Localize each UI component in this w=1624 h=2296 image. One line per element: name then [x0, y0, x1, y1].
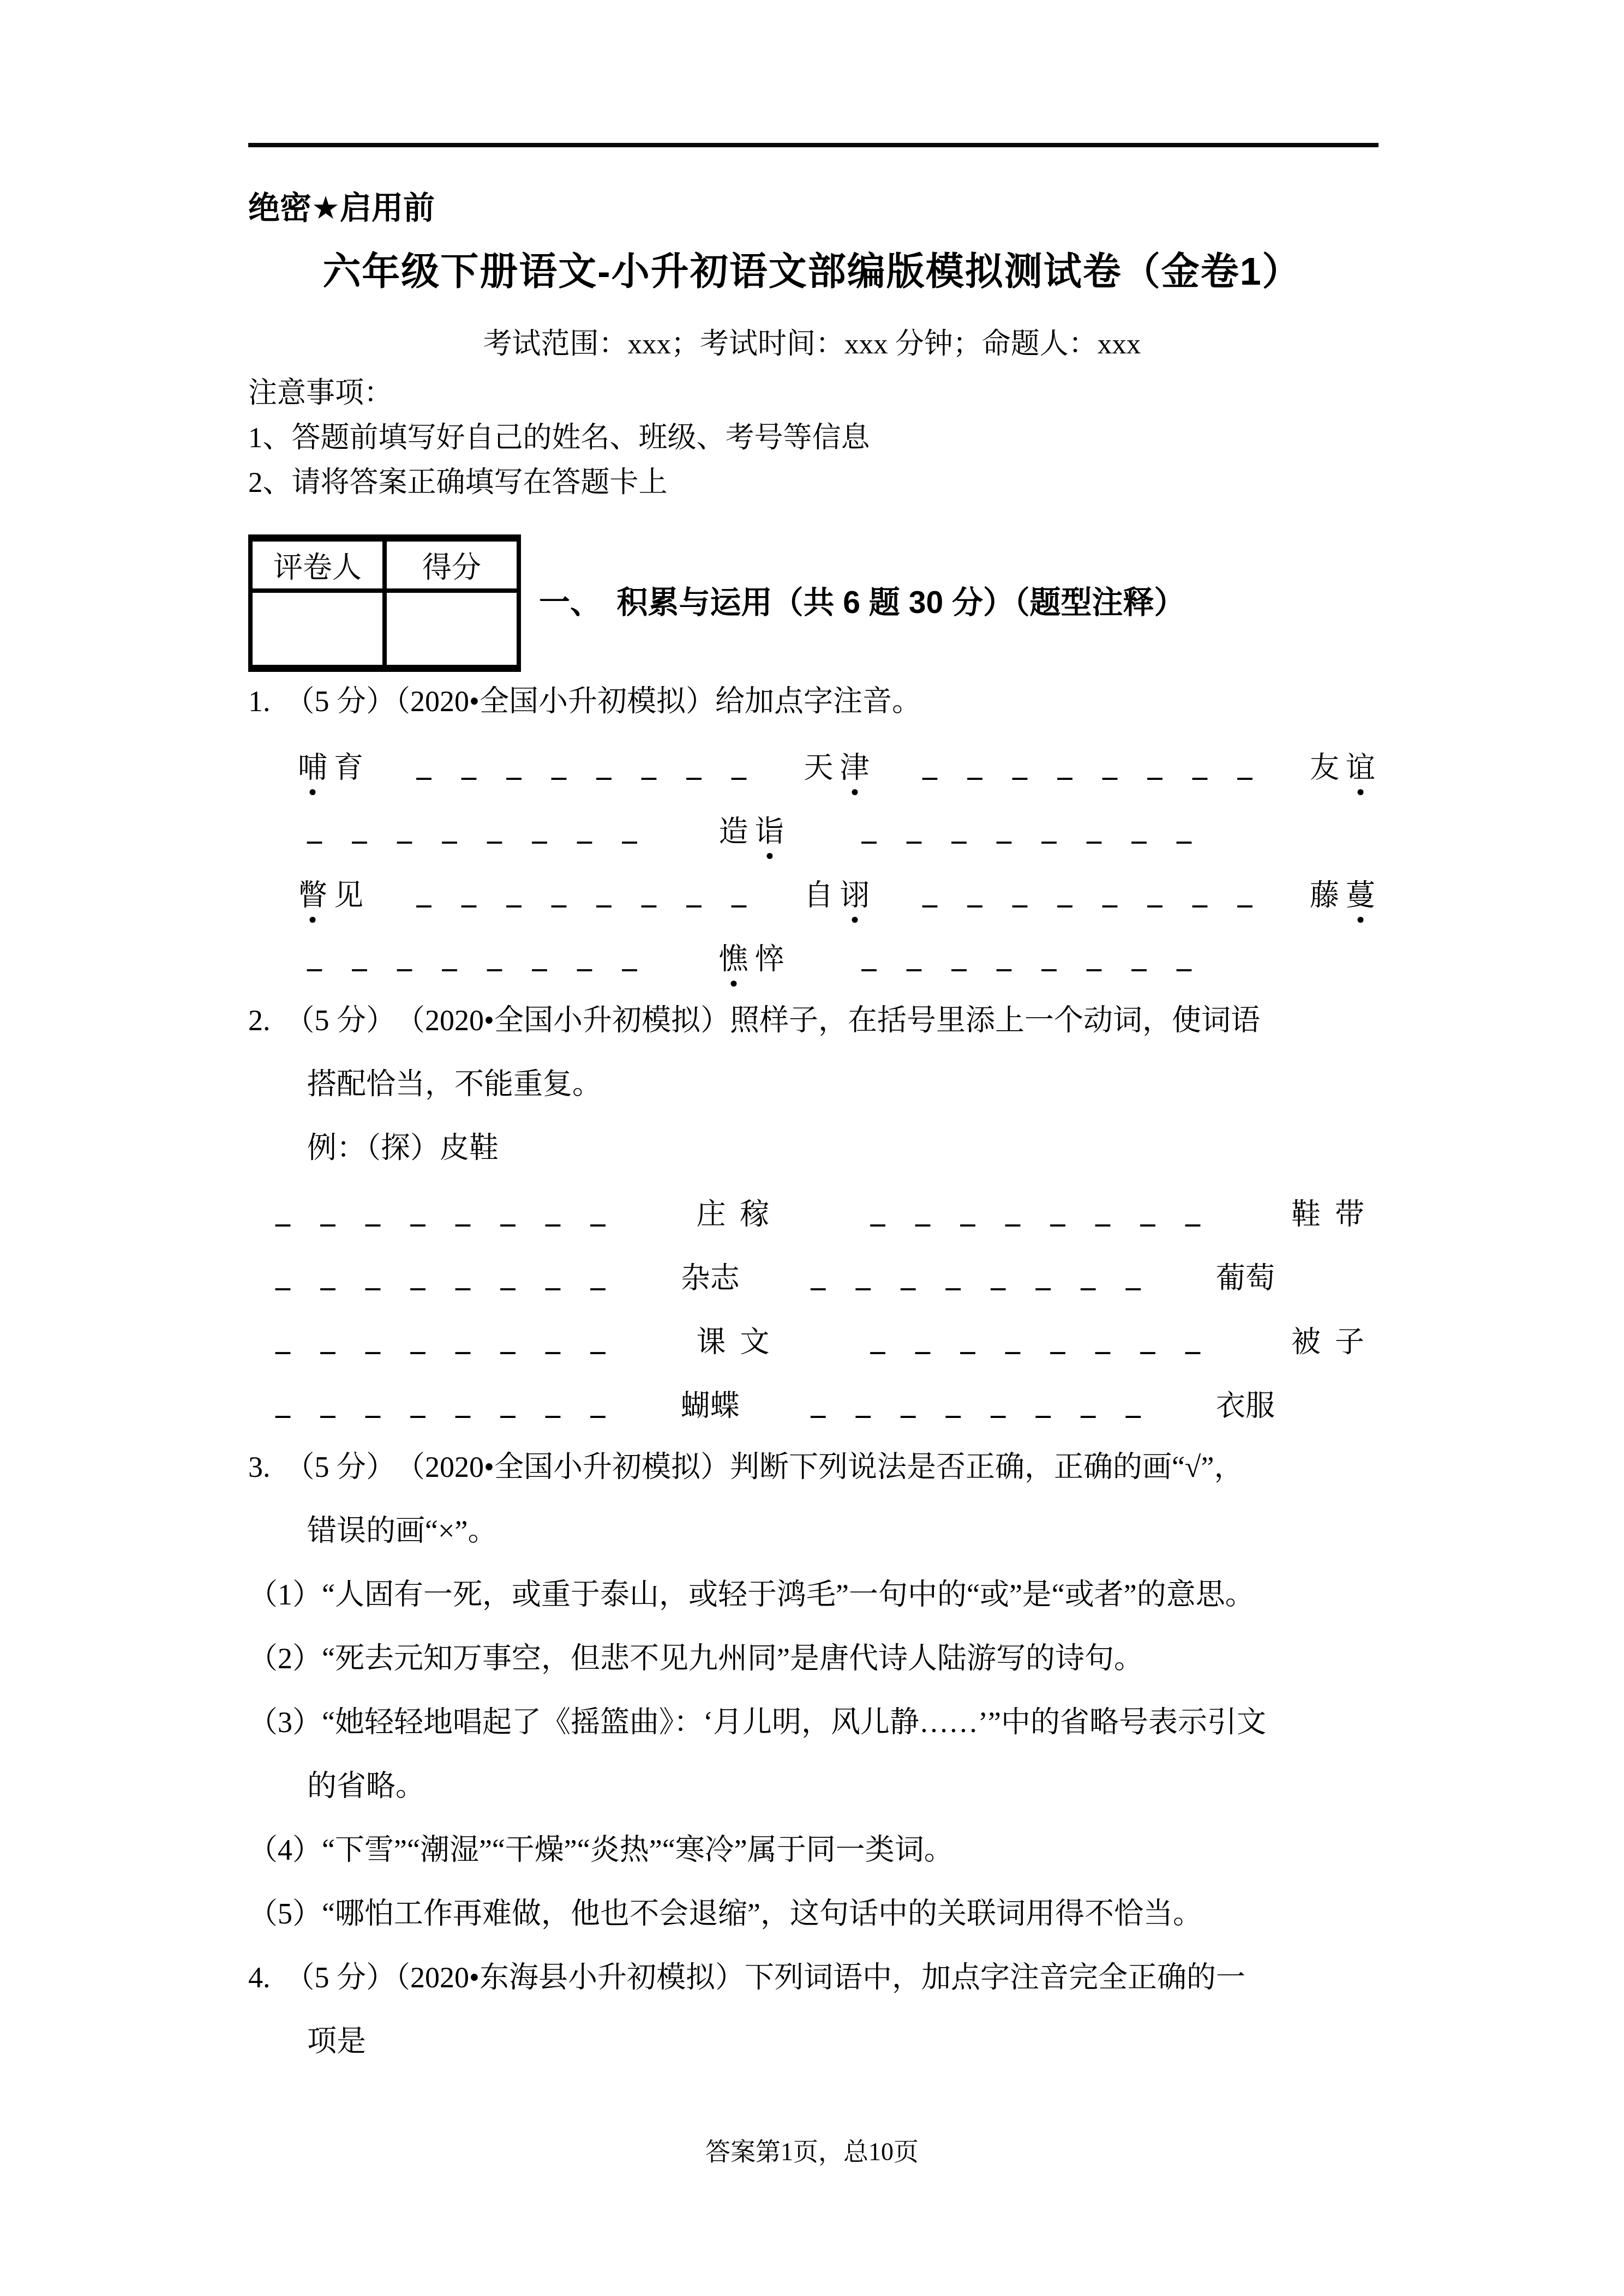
dotted-word: 造诣 [716, 808, 788, 850]
dotted-word: 哺育 [295, 744, 367, 786]
dotted-word: 憔悴 [716, 936, 788, 978]
answer-blank: _ _ _ _ _ _ _ _ [862, 813, 1196, 846]
q3-item-1: （1）“人固有一死，或重于泰山，或轻于鸿毛”一句中的“或”是“或者”的意思。 [248, 1563, 1379, 1627]
answer-blank: _ _ _ _ _ _ _ _ [275, 1323, 610, 1357]
q2-row-3: _ _ _ _ _ _ _ _ 课文 _ _ _ _ _ _ _ _ 被子 [248, 1308, 1379, 1372]
answer-blank: _ _ _ _ _ _ _ _ [862, 940, 1196, 974]
q4-stem-line2: 项是 [248, 2010, 1379, 2073]
score-table-body-row [250, 591, 519, 669]
notice-item-1: 1、答题前填写好自己的姓名、班级、考号等信息 [248, 416, 870, 460]
answer-blank: _ _ _ _ _ _ _ _ [307, 940, 642, 974]
q2-example: 例：（探）皮鞋 [248, 1116, 1379, 1180]
answer-blank: _ _ _ _ _ _ _ _ [811, 1387, 1145, 1421]
score-table-cell-score-empty [385, 591, 519, 669]
q2-row-2: _ _ _ _ _ _ _ _ 杂志 _ _ _ _ _ _ _ _ 葡萄 [248, 1244, 1275, 1308]
page-footer: 答案第1页，总10页 [0, 2137, 1624, 2167]
answer-blank: _ _ _ _ _ _ _ _ [275, 1387, 610, 1421]
vocab-word: 衣服 [1216, 1383, 1275, 1425]
score-table-header-grader: 评卷人 [250, 538, 385, 591]
secrecy-label: 绝密★启用前 [248, 191, 435, 226]
answer-blank: _ _ _ _ _ _ _ _ [307, 813, 642, 846]
score-table: 评卷人 得分 [248, 534, 521, 672]
exam-subtitle: 考试范围：xxx；考试时间：xxx 分钟；命题人：xxx [0, 328, 1624, 360]
answer-blank: _ _ _ _ _ _ _ _ [922, 876, 1257, 910]
vocab-word: 蝴蝶 [681, 1383, 740, 1425]
vocab-word: 课文 [697, 1319, 784, 1361]
q1-row-1: 哺育 _ _ _ _ _ _ _ _ 天津 _ _ _ _ _ _ _ _ 友谊 [248, 734, 1379, 797]
score-table-header-row: 评卷人 得分 [250, 538, 519, 591]
answer-blank: _ _ _ _ _ _ _ _ [871, 1195, 1205, 1229]
dotted-word: 自诩 [801, 872, 873, 914]
q4-stem-line1: 4. （5 分）（2020•东海县小升初模拟）下列词语中，加点字注音完全正确的一 [248, 1946, 1379, 2010]
dotted-word: 藤蔓 [1307, 872, 1379, 914]
q2-stem-line2: 搭配恰当，不能重复。 [248, 1053, 1379, 1116]
answer-blank: _ _ _ _ _ _ _ _ [275, 1259, 610, 1293]
answer-blank: _ _ _ _ _ _ _ _ [871, 1323, 1205, 1357]
q3-item-2: （2）“死去元知万事空，但悲不见九州同”是唐代诗人陆游写的诗句。 [248, 1627, 1379, 1691]
q1-row-4: _ _ _ _ _ _ _ _ 憔悴 _ _ _ _ _ _ _ _ [248, 925, 1196, 989]
q1-row-3: 瞥见 _ _ _ _ _ _ _ _ 自诩 _ _ _ _ _ _ _ _ 藤蔓 [248, 861, 1379, 925]
section-heading: 一、 积累与运用（共 6 题 30 分）（题型注释） [539, 586, 1185, 620]
dotted-word: 友谊 [1307, 744, 1379, 786]
q2-stem-line1: 2. （5 分） （2020•全国小升初模拟）照样子，在括号里添上一个动词，使词… [248, 989, 1379, 1053]
q1-row-2: _ _ _ _ _ _ _ _ 造诣 _ _ _ _ _ _ _ _ [248, 797, 1196, 861]
answer-blank: _ _ _ _ _ _ _ _ [417, 749, 751, 783]
dotted-word: 瞥见 [295, 872, 367, 914]
q1-stem: 1. （5 分）（2020•全国小升初模拟）给加点字注音。 [248, 670, 1379, 734]
answer-blank: _ _ _ _ _ _ _ _ [417, 876, 751, 910]
vocab-word: 庄稼 [697, 1191, 784, 1233]
notice-block: 注意事项： 1、答题前填写好自己的姓名、班级、考号等信息 2、请将答案正确填写在… [248, 371, 870, 505]
vocab-word: 葡萄 [1216, 1255, 1275, 1297]
score-table-cell-grader-empty [250, 591, 385, 669]
notice-item-2: 2、请将答案正确填写在答题卡上 [248, 460, 870, 505]
top-rule [248, 143, 1379, 147]
answer-blank: _ _ _ _ _ _ _ _ [275, 1195, 610, 1229]
q3-item-5: （5）“哪怕工作再难做，他也不会退缩”，这句话中的关联词用得不恰当。 [248, 1882, 1379, 1946]
q3-item-4: （4）“下雪”“潮湿”“干燥”“炎热”“寒冷”属于同一类词。 [248, 1818, 1379, 1882]
q3-item-3-cont: 的省略。 [248, 1754, 1379, 1818]
exam-title: 六年级下册语文-小升初语文部编版模拟测试卷（金卷1） [0, 251, 1624, 293]
answer-blank: _ _ _ _ _ _ _ _ [922, 749, 1257, 783]
score-table-header-score: 得分 [385, 538, 519, 591]
answer-blank: _ _ _ _ _ _ _ _ [811, 1259, 1145, 1293]
q3-item-3: （3）“她轻轻地唱起了《摇篮曲》：‘月儿明，风儿静……’”中的省略号表示引文 [248, 1691, 1379, 1754]
vocab-word: 被子 [1291, 1319, 1379, 1361]
q3-stem-line2: 错误的画“×”。 [248, 1499, 1379, 1563]
exam-page: 绝密★启用前 六年级下册语文-小升初语文部编版模拟测试卷（金卷1） 考试范围：x… [0, 0, 1624, 2296]
notice-title: 注意事项： [248, 371, 870, 416]
vocab-word: 鞋带 [1291, 1191, 1379, 1233]
q2-row-1: _ _ _ _ _ _ _ _ 庄稼 _ _ _ _ _ _ _ _ 鞋带 [248, 1180, 1379, 1244]
q3-stem-line1: 3. （5 分） （2020•全国小升初模拟）判断下列说法是否正确，正确的画“√… [248, 1435, 1379, 1499]
questions: 1. （5 分）（2020•全国小升初模拟）给加点字注音。 哺育 _ _ _ _… [248, 670, 1379, 2073]
vocab-word: 杂志 [681, 1255, 740, 1297]
dotted-word: 天津 [801, 744, 873, 786]
q2-row-4: _ _ _ _ _ _ _ _ 蝴蝶 _ _ _ _ _ _ _ _ 衣服 [248, 1372, 1275, 1435]
